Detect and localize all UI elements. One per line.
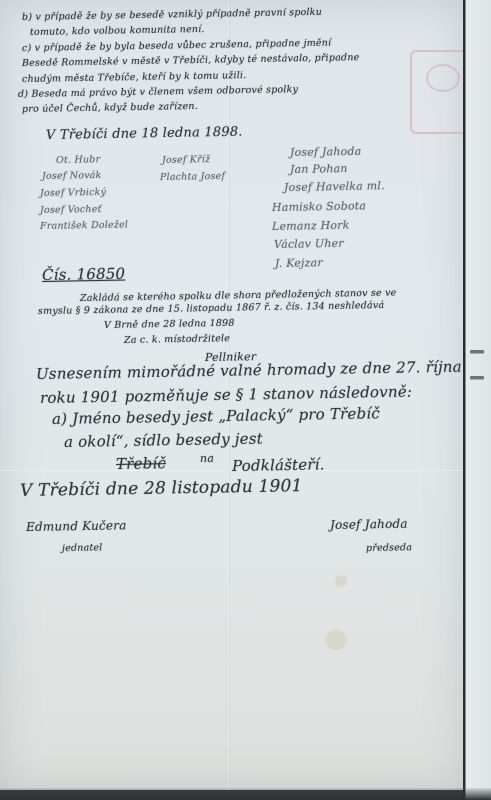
struck-word: Třebíč [116, 454, 166, 473]
signature: Ot. Hubr [56, 154, 100, 166]
text-line: c) v případě že by byla beseda vůbec zru… [22, 38, 331, 54]
signature: Lemanz Hork [272, 219, 350, 233]
text-line: d) Beseda má právo být v členem všem odb… [18, 84, 298, 100]
text-line: roku 1901 pozměňuje se § 1 stanov násled… [40, 383, 412, 407]
signature: Josef Vrbický [40, 187, 106, 199]
signature: Josef Havelka ml. [284, 179, 385, 194]
signature-secretary: Edmund Kučera [26, 518, 127, 534]
signature: Josef Vocheť [40, 204, 102, 216]
text-line: a okolí“, sídlo besedy jest [64, 430, 263, 451]
signature: Hamisko Sobota [272, 199, 366, 214]
signature: Josef Novák [42, 170, 102, 182]
replacement-word: Podklášteří. [232, 455, 325, 475]
signature: Plachta Josef [160, 171, 225, 183]
page-shadow [0, 788, 491, 800]
text-line: b) v případě že by se besedě vzniklý pří… [22, 7, 322, 23]
place-date: V Třebíči dne 28 listopadu 1901 [20, 476, 303, 501]
signature: Jan Pohan [290, 162, 348, 176]
signature: František Doležel [40, 219, 128, 232]
paper-stain [335, 575, 347, 587]
record-number: Čís. 16850 [42, 265, 126, 284]
signature: Josef Kříž [162, 154, 210, 166]
text-line: chudým města Třebíče, kteří by k tomu už… [22, 70, 247, 85]
paper-stain [325, 630, 347, 650]
stamp-emblem [426, 64, 460, 92]
inserted-word: na [200, 452, 214, 465]
text-line: a) Jméno besedy jest „Palacký“ pro Třebí… [52, 404, 380, 428]
signature-chairman: Josef Jahoda [330, 517, 408, 532]
staple [470, 376, 484, 379]
signature-role: předseda [366, 542, 412, 554]
signature: Josef Jahoda [290, 145, 362, 159]
text-line: V Brně dne 28 ledna 1898 [104, 318, 235, 331]
signature-role: jednatel [62, 542, 103, 554]
place-date: V Třebíči dne 18 ledna 1898. [46, 125, 243, 143]
text-line: pro účel Čechů, když bude zařízen. [22, 101, 198, 115]
page-edge [463, 0, 491, 800]
signature: J. Kejzar [275, 256, 323, 270]
text-line: tomuto, kdo volbou komunita není. [30, 24, 205, 38]
staple [470, 350, 484, 353]
text-line: Usnesením mimořádné valné hromady ze dne… [36, 358, 462, 383]
text-line: Za c. k. místodržitele [124, 333, 230, 346]
text-line: Besedě Rommelské v městě v Třebíči, kdyb… [22, 52, 360, 69]
document-page: b) v případě že by se besedě vzniklý pří… [0, 0, 463, 790]
signature: Václav Uher [274, 237, 344, 251]
